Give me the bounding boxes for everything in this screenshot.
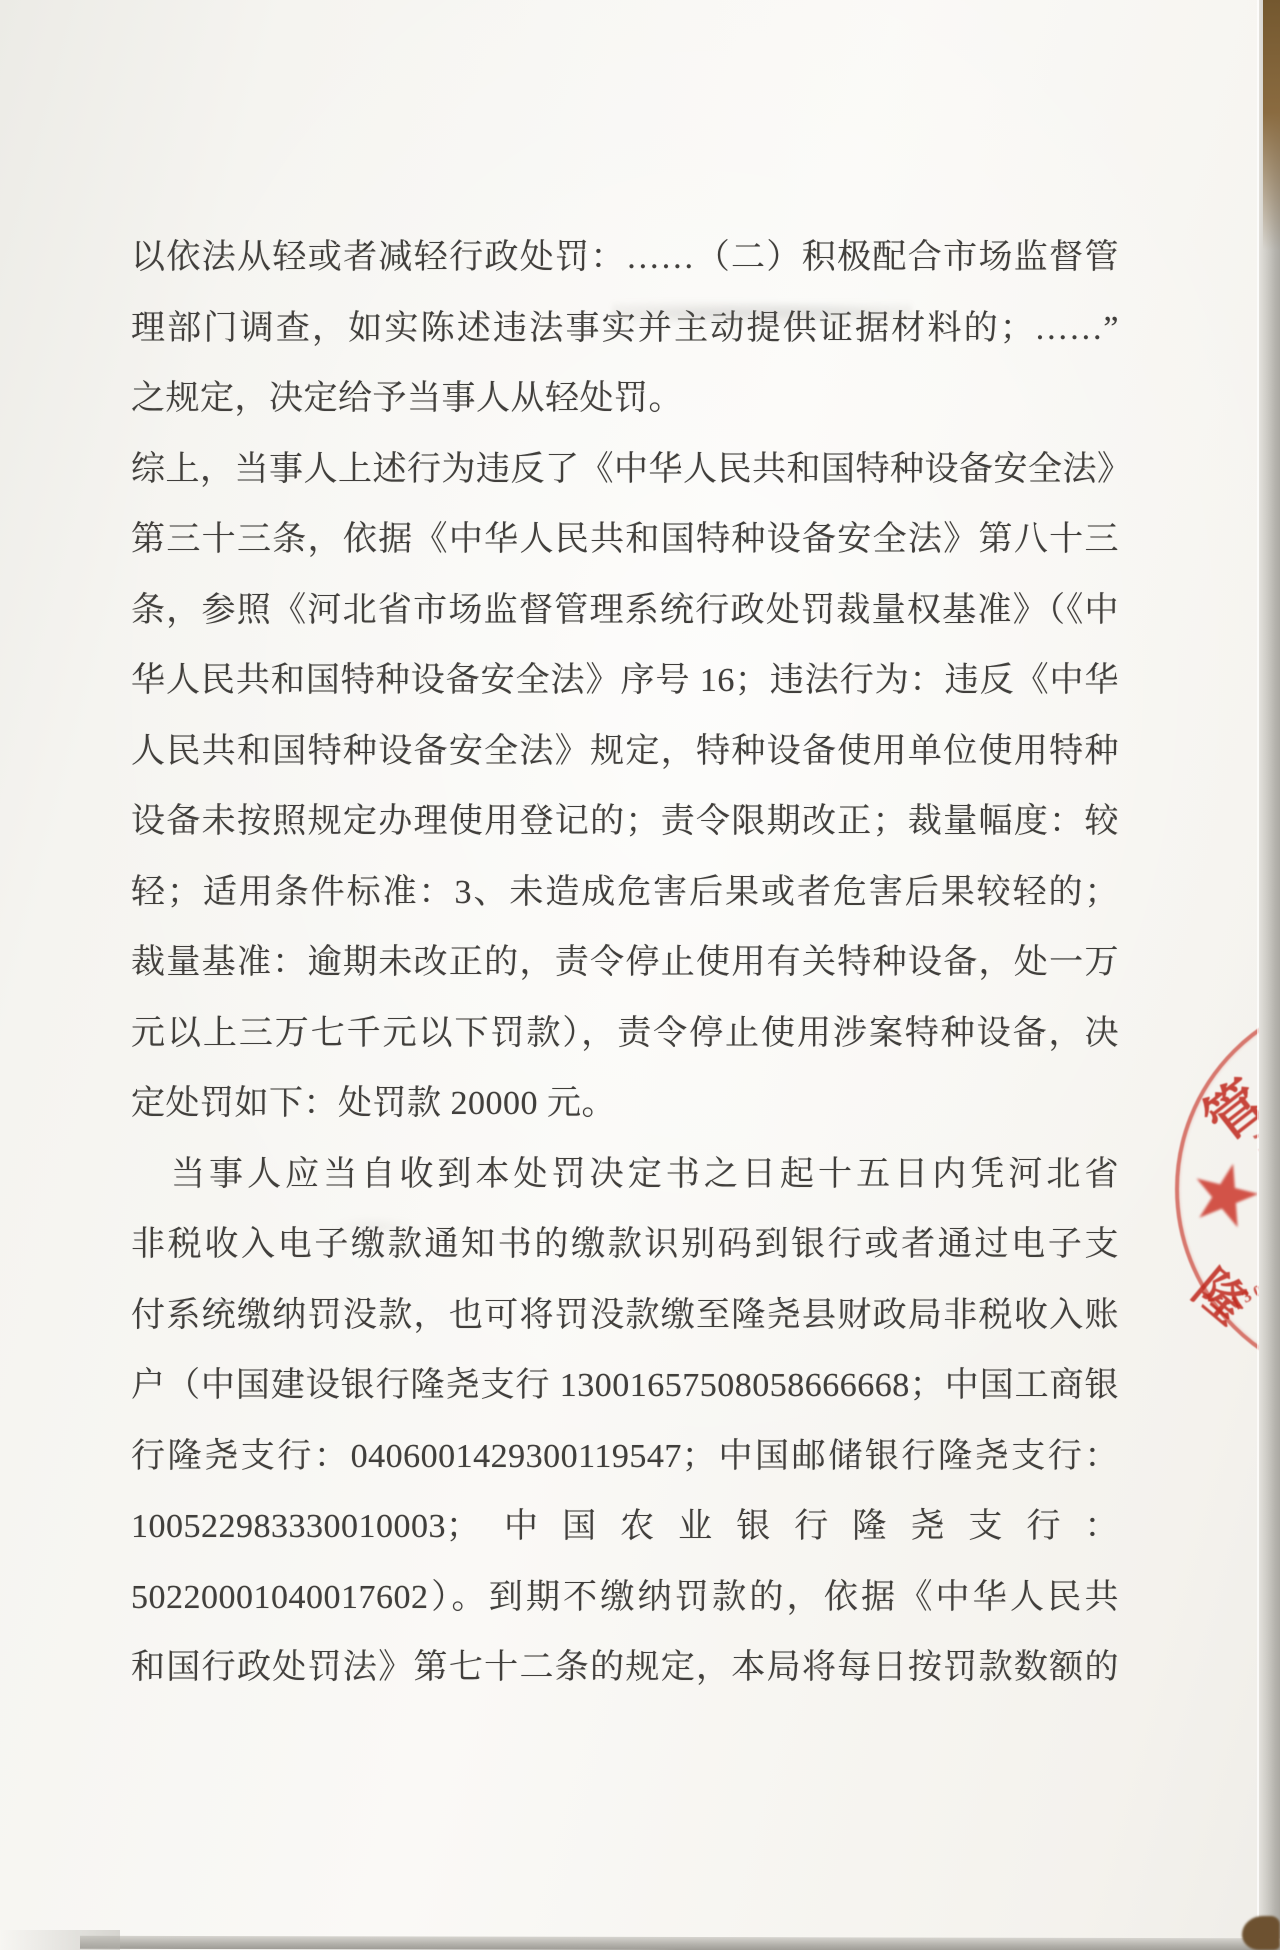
- document-text: 以依法从轻或者减轻行政处罚：……（二）积极配合市场监督管理部门调查，如实陈述违法…: [131, 223, 1119, 1704]
- text-line: 付系统缴纳罚没款，也可将罚没款缴至隆尧县财政局非税收入账: [131, 1281, 1119, 1352]
- text-line: 和国行政处罚法》第七十二条的规定，本局将每日按罚款数额的: [131, 1633, 1119, 1704]
- text-line: 100522983330010003；中国农业银行隆尧支行：: [131, 1492, 1119, 1563]
- seal-star-icon: ★: [1182, 1145, 1267, 1245]
- text-line: 之规定，决定给予当事人从轻处罚。: [131, 364, 1119, 435]
- text-line: 50220001040017602）。到期不缴纳罚款的，依据《中华人民共: [131, 1563, 1119, 1634]
- text-line: 设备未按照规定办理使用登记的；责令限期改正；裁量幅度：较: [131, 787, 1119, 858]
- paper-corner-shadow: [1242, 1916, 1280, 1950]
- text-line: 华人民共和国特种设备安全法》序号 16；违法行为：违反《中华: [131, 646, 1119, 717]
- text-line: 户（中国建设银行隆尧支行 13001657508058666668；中国工商银: [131, 1351, 1119, 1422]
- text-line: 轻；适用条件标准：3、未造成危害后果或者危害后果较轻的；: [131, 858, 1119, 929]
- text-line: 非税收入电子缴款通知书的缴款识别码到银行或者通过电子支: [131, 1210, 1119, 1281]
- text-line: 当事人应当自收到本处罚决定书之日起十五日内凭河北省: [131, 1140, 1119, 1211]
- text-line: 行隆尧支行：0406001429300119547；中国邮储银行隆尧支行：: [131, 1422, 1119, 1493]
- paper-bottom-edge: [80, 1936, 1280, 1950]
- paper-right-edge-shadow: [1263, 0, 1280, 250]
- text-line: 人民共和国特种设备安全法》规定，特种设备使用单位使用特种: [131, 717, 1119, 788]
- text-line: 综上，当事人上述行为违反了《中华人民共和国特种设备安全法》: [131, 435, 1119, 506]
- scanned-document-page: 以依法从轻或者减轻行政处罚：……（二）积极配合市场监督管理部门调查，如实陈述违法…: [0, 0, 1280, 1950]
- text-line: 裁量基准：逾期未改正的，责令停止使用有关特种设备，处一万: [131, 928, 1119, 999]
- text-line: 以依法从轻或者减轻行政处罚：……（二）积极配合市场监督管: [131, 223, 1119, 294]
- text-line: 理部门调查，如实陈述违法事实并主动提供证据材料的；……”: [131, 294, 1119, 365]
- text-line: 定处罚如下：处罚款 20000 元。: [131, 1069, 1119, 1140]
- text-line: 元以上三万七千元以下罚款），责令停止使用涉案特种设备，决: [131, 999, 1119, 1070]
- text-line: 条，参照《河北省市场监督管理系统行政处罚裁量权基准》（《中: [131, 576, 1119, 647]
- paper-bottom-edge-fade: [0, 1930, 120, 1950]
- text-line: 第三十三条，依据《中华人民共和国特种设备安全法》第八十三: [131, 505, 1119, 576]
- seal-character-bottom: 隆: [1181, 1250, 1266, 1337]
- paper-right-edge: [1259, 0, 1280, 1950]
